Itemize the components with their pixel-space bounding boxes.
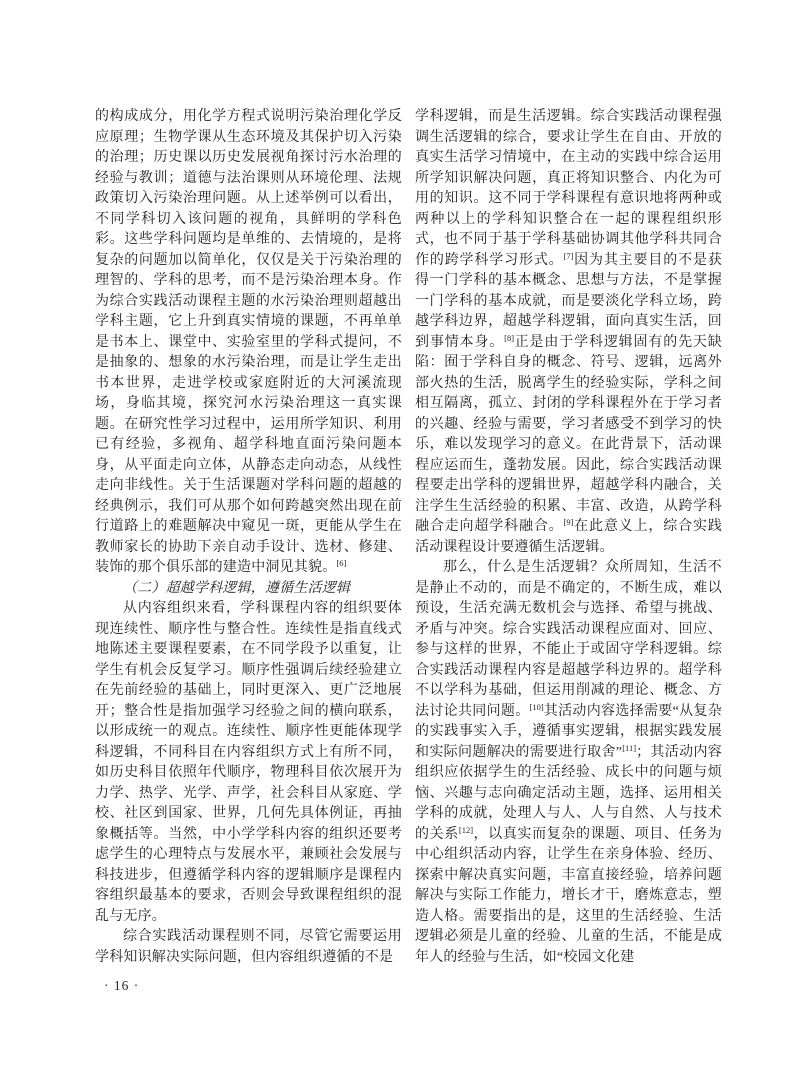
citation-marker: [6]: [336, 558, 346, 568]
citation-marker: [9]: [564, 517, 574, 527]
paragraph: 的构成成分，用化学方程式说明污染治理化学反应原理；生物学课从生态环境及其保护切入…: [95, 107, 402, 579]
paragraph: 学科逻辑，而是生活逻辑。综合实践活动课程强调生活逻辑的综合，要求让学生在自由、开…: [415, 107, 722, 558]
scanned-page: 的构成成分，用化学方程式说明污染治理化学反应原理；生物学课从生态环境及其保护切入…: [0, 0, 800, 1077]
section-heading: （二）超越学科逻辑，遵循生活逻辑: [95, 579, 402, 600]
citation-marker: [8]: [504, 333, 514, 343]
page-number: · 16 ·: [104, 978, 139, 994]
paragraph: 从内容组织来看，学科课程内容的组织要体现连续性、顺序性与整合性。连续性是指直线式…: [95, 599, 402, 927]
citation-marker: [11]: [622, 743, 636, 753]
citation-marker: [12]: [459, 825, 473, 835]
text-column-right: 学科逻辑，而是生活逻辑。综合实践活动课程强调生活逻辑的综合，要求让学生在自由、开…: [415, 107, 722, 973]
citation-marker: [10]: [530, 702, 544, 712]
paragraph: 综合实践活动课程则不同，尽管它需要运用学科知识解决实际问题，但内容组织遵循的不是: [95, 927, 402, 968]
text-column-left: 的构成成分，用化学方程式说明污染治理化学反应原理；生物学课从生态环境及其保护切入…: [95, 107, 402, 973]
paragraph: 那么，什么是生活逻辑？众所周知，生活不是静止不动的，而是不确定的，不断生成，难以…: [415, 558, 722, 968]
citation-marker: [7]: [564, 251, 574, 261]
